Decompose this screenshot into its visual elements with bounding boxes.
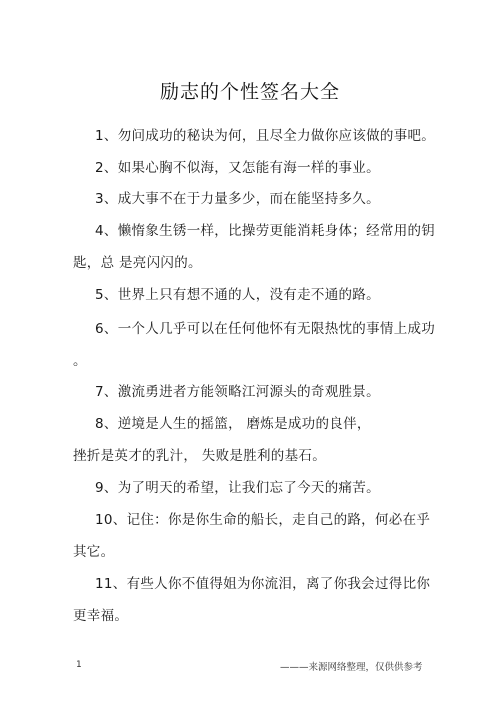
text-line: 2、如果心胸不似海，又怎能有海一样的事业。 bbox=[95, 156, 380, 176]
text-line: 11、有些人你不值得姐为你流泪，离了你我会过得比你 bbox=[95, 572, 430, 592]
footer-note: ———来源网络整理，仅供供参考 bbox=[280, 659, 423, 673]
text-line: 9、为了明天的希望，让我们忘了今天的痛苦。 bbox=[95, 476, 380, 496]
document-title: 励志的个性签名大全 bbox=[0, 77, 500, 104]
text-line: 。 bbox=[73, 349, 87, 369]
text-line: 1、勿问成功的秘诀为何，且尽全力做你应该做的事吧。 bbox=[95, 124, 435, 144]
text-line: 8、逆境是人生的摇篮， 磨炼是成功的良伴， bbox=[95, 412, 371, 432]
text-line: 挫折是英才的乳汁， 失败是胜利的基石。 bbox=[73, 444, 326, 464]
text-line: 4、懒惰象生锈一样，比操劳更能消耗身体；经常用的钥 bbox=[95, 219, 435, 239]
text-line: 5、世界上只有想不通的人，没有走不通的路。 bbox=[95, 283, 380, 303]
text-line: 匙，总 是亮闪闪的。 bbox=[73, 251, 202, 271]
text-line: 其它。 bbox=[73, 540, 114, 560]
text-line: 7、激流勇进者方能领略江河源头的奇观胜景。 bbox=[95, 380, 380, 400]
page-number: 1 bbox=[76, 660, 82, 670]
document-page: 励志的个性签名大全 1、勿问成功的秘诀为何，且尽全力做你应该做的事吧。 2、如果… bbox=[0, 0, 500, 708]
text-line: 更幸福。 bbox=[73, 604, 128, 624]
text-line: 6、一个人几乎可以在任何他怀有无限热忱的事情上成功 bbox=[95, 317, 435, 337]
text-line: 3、成大事不在于力量多少，而在能坚持多久。 bbox=[95, 187, 380, 207]
text-line: 10、记住：你是你生命的船长，走自己的路，何必在乎 bbox=[95, 508, 430, 528]
